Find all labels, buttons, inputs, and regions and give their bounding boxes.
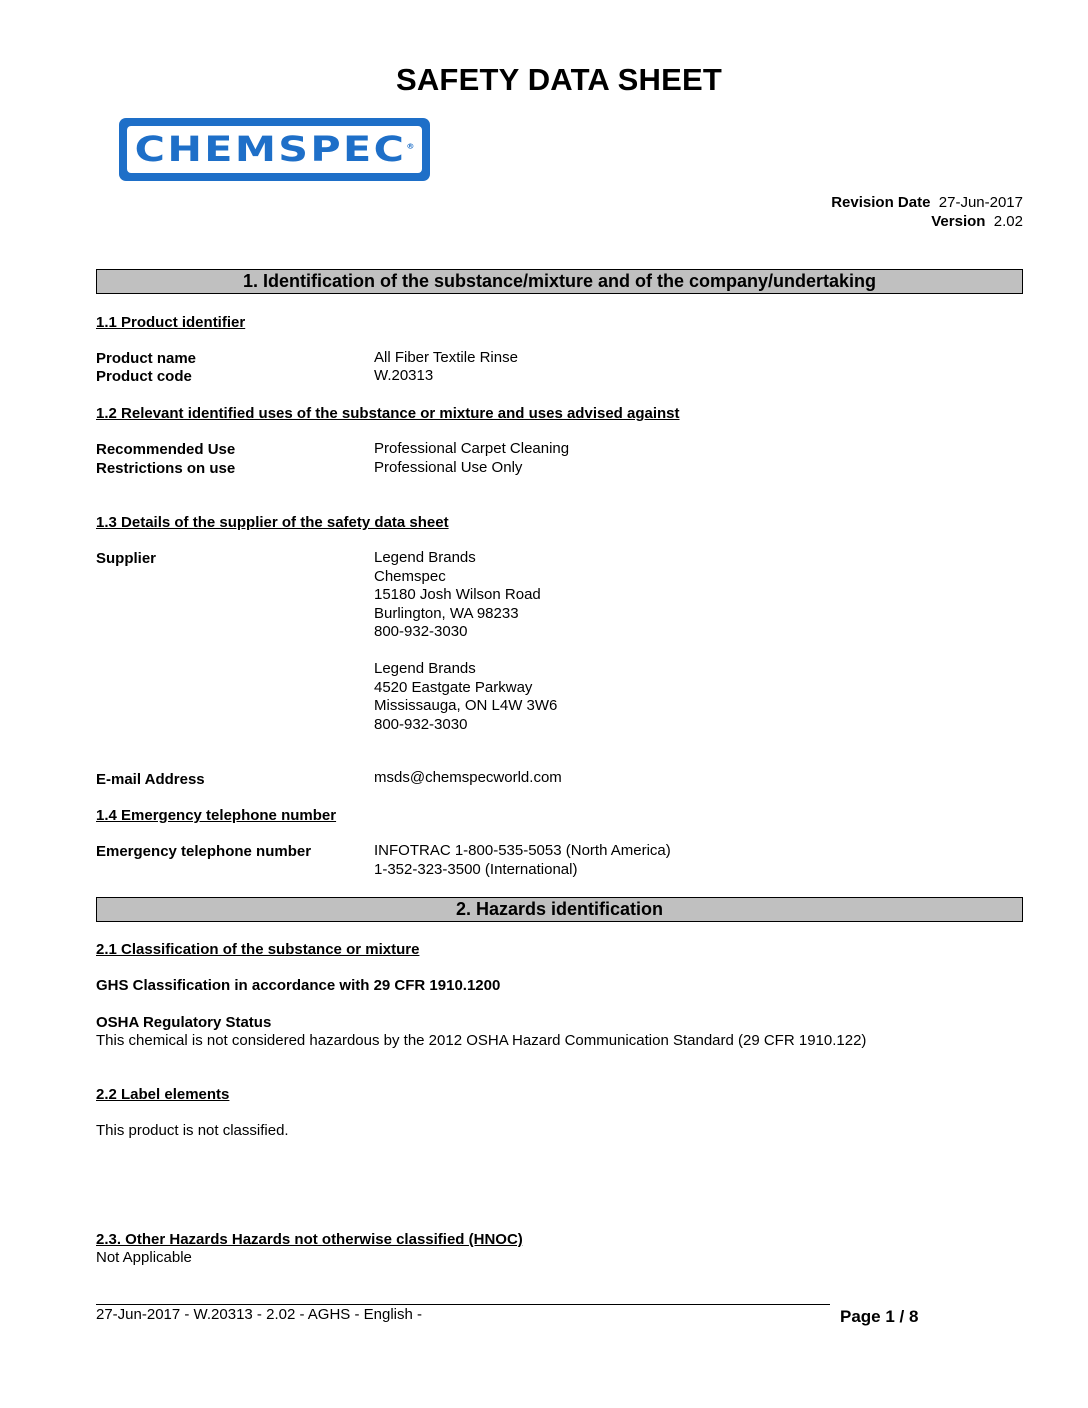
chemspec-logo: CHEMSPEC® (119, 118, 430, 181)
address-line: 4520 Eastgate Parkway (374, 679, 557, 698)
recommended-use-value: Professional Carpet Cleaning (374, 440, 569, 459)
revision-date: Revision Date 27-Jun-2017 (831, 194, 1023, 211)
subsection-2-1-heading: 2.1 Classification of the substance or m… (96, 941, 419, 958)
restrictions-label: Restrictions on use (96, 460, 235, 477)
restrictions-value: Professional Use Only (374, 459, 522, 478)
product-name-value: All Fiber Textile Rinse (374, 349, 518, 368)
label-elements-text: This product is not classified. (96, 1122, 289, 1139)
supplier-address-2: Legend Brands 4520 Eastgate Parkway Miss… (374, 660, 557, 734)
emergency-line: 1-352-323-3500 (International) (374, 861, 671, 880)
emergency-line: INFOTRAC 1-800-535-5053 (North America) (374, 842, 671, 861)
address-line: Legend Brands (374, 660, 557, 679)
section-1-header: 1. Identification of the substance/mixtu… (96, 269, 1023, 294)
osha-status-text: This chemical is not considered hazardou… (96, 1032, 866, 1049)
osha-status-label: OSHA Regulatory Status (96, 1014, 271, 1031)
other-hazards-text: Not Applicable (96, 1249, 192, 1266)
page-number: Page 1 / 8 (840, 1307, 918, 1327)
section-2-header: 2. Hazards identification (96, 897, 1023, 922)
recommended-use-label: Recommended Use (96, 441, 235, 458)
subsection-1-2-heading: 1.2 Relevant identified uses of the subs… (96, 405, 680, 422)
ghs-classification: GHS Classification in accordance with 29… (96, 977, 500, 994)
document-title: SAFETY DATA SHEET (0, 62, 1088, 98)
logo-text: CHEMSPEC® (135, 130, 415, 170)
address-line: Burlington, WA 98233 (374, 605, 541, 624)
product-code-label: Product code (96, 368, 192, 385)
address-line: Mississauga, ON L4W 3W6 (374, 697, 557, 716)
address-line: 15180 Josh Wilson Road (374, 586, 541, 605)
registered-mark-icon: ® (406, 142, 414, 150)
footer-divider (96, 1304, 830, 1305)
revision-date-label: Revision Date (831, 194, 930, 211)
email-label: E-mail Address (96, 771, 205, 788)
version-label: Version (931, 213, 985, 230)
address-line: Chemspec (374, 568, 541, 587)
emergency-phone-label: Emergency telephone number (96, 843, 311, 860)
logo-frame: CHEMSPEC® (127, 126, 422, 173)
supplier-address-1: Legend Brands Chemspec 15180 Josh Wilson… (374, 549, 541, 642)
subsection-1-3-heading: 1.3 Details of the supplier of the safet… (96, 514, 449, 531)
emergency-phone-value: INFOTRAC 1-800-535-5053 (North America) … (374, 842, 671, 879)
address-line: 800-932-3030 (374, 623, 541, 642)
product-name-label: Product name (96, 350, 196, 367)
subsection-1-1-heading: 1.1 Product identifier (96, 314, 245, 331)
address-line: Legend Brands (374, 549, 541, 568)
version-value: 2.02 (994, 213, 1023, 230)
email-value: msds@chemspecworld.com (374, 769, 562, 788)
footer-info: 27-Jun-2017 - W.20313 - 2.02 - AGHS - En… (96, 1306, 422, 1323)
version: Version 2.02 (931, 213, 1023, 230)
revision-date-value: 27-Jun-2017 (939, 194, 1023, 211)
subsection-2-2-heading: 2.2 Label elements (96, 1086, 229, 1103)
supplier-label: Supplier (96, 550, 156, 567)
address-line: 800-932-3030 (374, 716, 557, 735)
subsection-1-4-heading: 1.4 Emergency telephone number (96, 807, 336, 824)
product-code-value: W.20313 (374, 367, 433, 386)
logo-wordmark: CHEMSPEC (135, 130, 407, 170)
subsection-2-3-heading: 2.3. Other Hazards Hazards not otherwise… (96, 1231, 523, 1248)
